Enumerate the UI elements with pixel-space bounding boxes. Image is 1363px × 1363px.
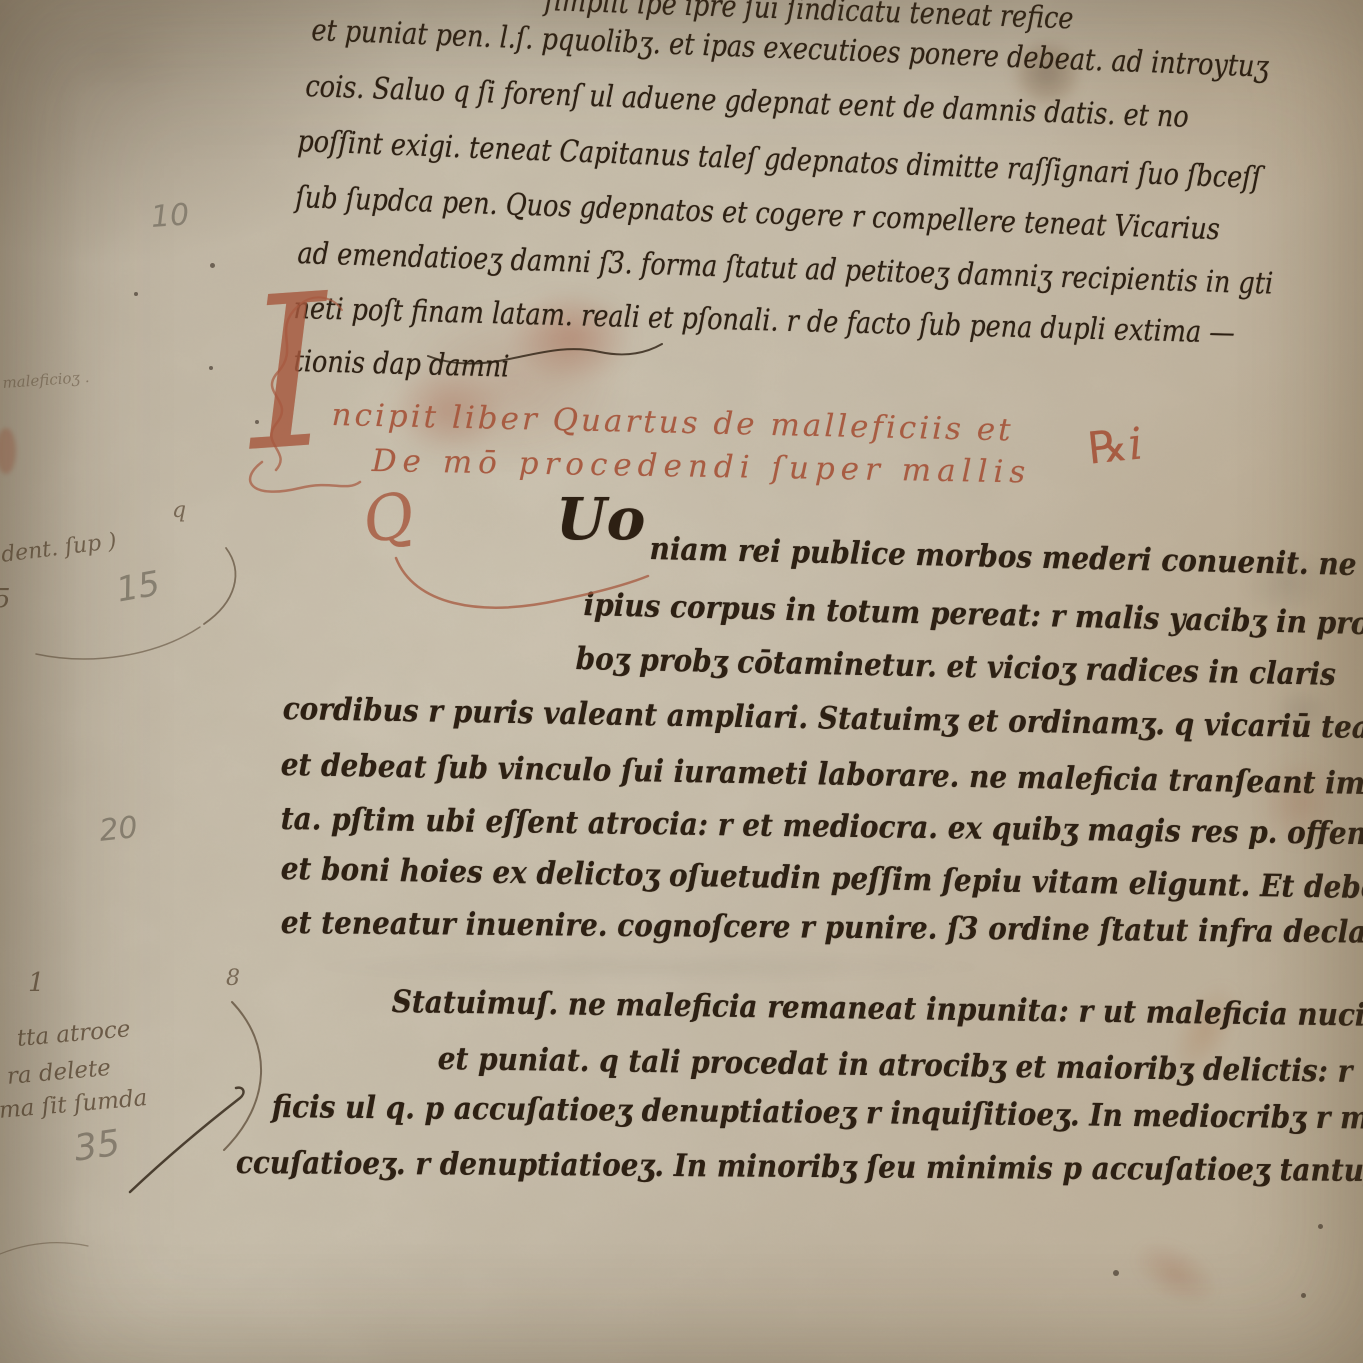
ch1-line-3: boʒ probʒ cōtaminetur. et vicioʒ radices… (575, 644, 1336, 691)
show-through-mark (300, 952, 1000, 982)
ch1-line-2: ipius corpus in totum pereat: r malis ya… (583, 590, 1363, 640)
upper-line-7: neti poſt finam latam. reali et pſonali.… (293, 294, 1235, 349)
margin-paren-lower (224, 1002, 261, 1150)
faint-margin-note: maleficioʒ . (2, 370, 90, 391)
corner-hairline (0, 1243, 88, 1254)
upper-line-3: cois. Saluo q ſi forenſ ul aduene gdepna… (305, 72, 1189, 133)
chapter-initial-Uo: Uo (556, 490, 645, 548)
ch1-line-7: et boni hoies ex delictoʒ oſuetudin peſſ… (280, 854, 1363, 905)
ch1-line-5: et debeat ſub vinculo ſui iurameti labor… (280, 750, 1363, 802)
ch1-line-6: ta. pſtim ubi eſſent atrocia: r et medio… (281, 804, 1363, 851)
ink-speck (1318, 1224, 1323, 1229)
ink-speck (1301, 1293, 1306, 1298)
rubric-line-1: ncipit liber Quartus de malleficiis et (331, 400, 1014, 446)
ch1-line-8: et teneatur inuenire. cognoſcere r punir… (281, 908, 1363, 949)
margin-note-sup: dent. ſup ) (0, 531, 118, 567)
ch2-line-1: Statuimuſ. ne maleficia remaneat inpunit… (392, 987, 1363, 1032)
ch2-line-3: ficis ul q. p accuſatioeʒ denuptiatioeʒ … (272, 1092, 1363, 1136)
margin-paren-upper (204, 548, 235, 624)
manuscript-page: ſimplit ipe ipre ſui ſindicatu teneat re… (0, 0, 1363, 1363)
pencil-number-35: 35 (72, 1126, 122, 1168)
smudge-bottom-right (1121, 1226, 1231, 1321)
ink-speck (210, 263, 215, 268)
rubric-number-mark: ℞i (1086, 422, 1146, 472)
ink-speck (209, 366, 213, 370)
upper-line-4: poſſint exigi. teneat Capitanus taleſ gd… (297, 127, 1262, 194)
pencil-number-15: 15 (114, 566, 163, 607)
ch2-line-2: et puniat. q tali procedat in atrocibʒ e… (438, 1044, 1363, 1089)
margin-note-atroce-line-3: ma ſit ſumda (0, 1087, 148, 1123)
margin-eight: 8 (226, 968, 240, 990)
ink-speck (134, 292, 138, 296)
upper-line-6: ad emendatioeʒ damni ſ3. forma ſtatut ad… (297, 239, 1274, 300)
rubric-decorated-initial-I: I (240, 266, 337, 481)
upper-line-5: ſub ſupdca pen. Quos gdepnatos et cogere… (295, 183, 1220, 245)
margin-note-atroce-line-2: ra delete (6, 1057, 112, 1089)
margin-q-mark: q (172, 500, 186, 522)
guide-letter-Q: Q (358, 483, 419, 553)
pencil-number-20: 20 (98, 813, 139, 847)
red-flourish-edge (0, 428, 16, 474)
margin-tick: 1 (28, 970, 45, 996)
pencil-number-10: 10 (150, 200, 190, 233)
margin-five: 5 (0, 586, 11, 612)
ch1-line-4: cordibus r puris valeant ampliari. Statu… (282, 694, 1363, 744)
ink-speck (1113, 1270, 1119, 1276)
margin-curve-left (36, 627, 200, 659)
ch2-line-4: ccuſatioeʒ. r denuptiatioeʒ. In minoribʒ… (236, 1148, 1363, 1188)
ch1-line-1: niam rei publice morbos mederi conuenit.… (649, 534, 1356, 581)
rubric-line-2: De mō procedendi ſuper mallis (371, 446, 1031, 489)
margin-note-atroce-line-1: tta atroce (16, 1018, 131, 1051)
